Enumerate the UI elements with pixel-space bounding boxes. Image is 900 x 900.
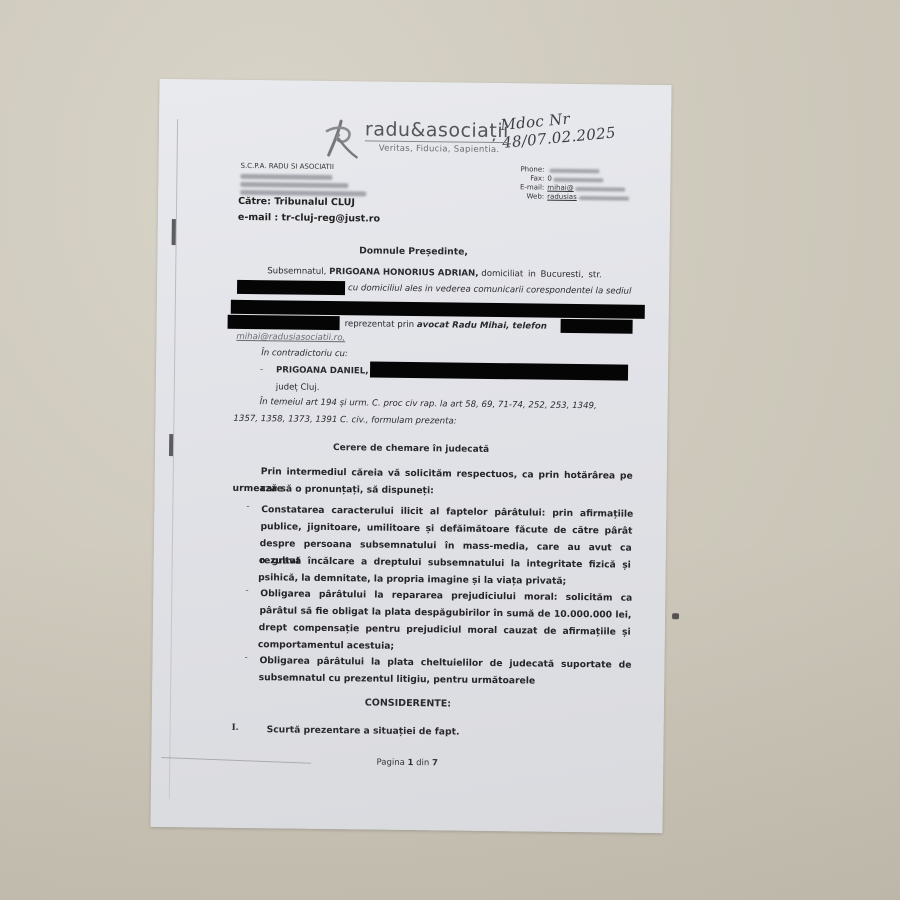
- blurred-address-line: [240, 182, 348, 188]
- firm-contact-block: Phone: Fax: 0 E-mail: mihai@ Web: radusi…: [510, 165, 629, 202]
- intro-line-4: reprezentat prin avocat Radu Mihai, tele…: [345, 319, 547, 331]
- handwritten-registration-note: Mdoc Nr 48/07.02.2025: [500, 100, 673, 152]
- lawyer-name: avocat Radu Mihai, telefon: [417, 320, 547, 332]
- addressee-email: e-mail : tr-cluj-reg@just.ro: [238, 212, 380, 225]
- blurred-email: [576, 186, 626, 191]
- document-title: Cerere de chemare în judecată: [155, 441, 667, 457]
- redaction-defendant-address: [370, 361, 628, 380]
- binder-mark: [172, 219, 176, 245]
- list-dash: -: [260, 365, 263, 375]
- letterhead-logo: radu&asociații Veritas, Fiducia, Sapient…: [321, 117, 509, 163]
- contradictory-label: În contradictoriu cu:: [261, 348, 348, 359]
- firm-logo-icon: [321, 117, 362, 161]
- firm-name: S.C.P.A. RADU SI ASOCIATII: [240, 162, 366, 173]
- considerations-heading: CONSIDERENTE:: [152, 695, 664, 712]
- request-intro-line-2: urmează să o pronunțați, să dispuneți:: [232, 481, 604, 502]
- redaction-street: [237, 280, 345, 295]
- document-page: Mdoc Nr 48/07.02.2025 radu&asociații Ver…: [150, 79, 671, 833]
- page-number: Pagina 1 din 7: [151, 755, 663, 771]
- brand-name: radu&asociații: [365, 119, 509, 143]
- firm-address-block: S.C.P.A. RADU SI ASOCIATII: [240, 162, 366, 197]
- request-3-line: subsemnatul cu prezentul litigiu, pentru…: [259, 670, 631, 691]
- redaction-phone: [561, 319, 633, 334]
- blurred-phone: [549, 168, 599, 173]
- list-dash: -: [246, 502, 249, 512]
- defendant-county: județ Cluj.: [276, 382, 320, 393]
- lawyer-email: mihai@radusiasociatii.ro,: [236, 332, 345, 343]
- intro-line-1: Subsemnatul, PRIGOANA HONORIUS ADRIAN, d…: [267, 266, 602, 280]
- section-title: Scurtă prezentare a situației de fapt.: [267, 724, 460, 737]
- brand-motto: Veritas, Fiducia, Sapientia.: [379, 144, 509, 156]
- plaintiff-name: PRIGOANA HONORIUS ADRIAN,: [329, 267, 479, 279]
- list-dash: -: [244, 653, 247, 663]
- section-number: I.: [232, 723, 239, 733]
- defendant-name: PRIGOANA DANIEL,: [276, 365, 369, 376]
- contact-web: Web: radusias: [510, 192, 629, 202]
- addressee-court: Către: Tribunalul CLUJ: [238, 196, 355, 208]
- blurred-web: [579, 196, 629, 201]
- blurred-address-line: [240, 174, 332, 180]
- staple-mark: [672, 613, 679, 619]
- redaction-address-cont: [228, 315, 340, 330]
- legal-basis-line-2: 1357, 1358, 1373, 1391 C. civ., formulam…: [233, 414, 456, 427]
- legal-basis-line-1: În temeiul art 194 și urm. C. proc civ r…: [260, 397, 597, 411]
- salutation: Domnule Președinte,: [157, 243, 669, 260]
- list-dash: -: [245, 586, 248, 596]
- intro-line-2: cu domiciliul ales in vederea comunicari…: [348, 283, 631, 296]
- blurred-fax: [554, 177, 604, 182]
